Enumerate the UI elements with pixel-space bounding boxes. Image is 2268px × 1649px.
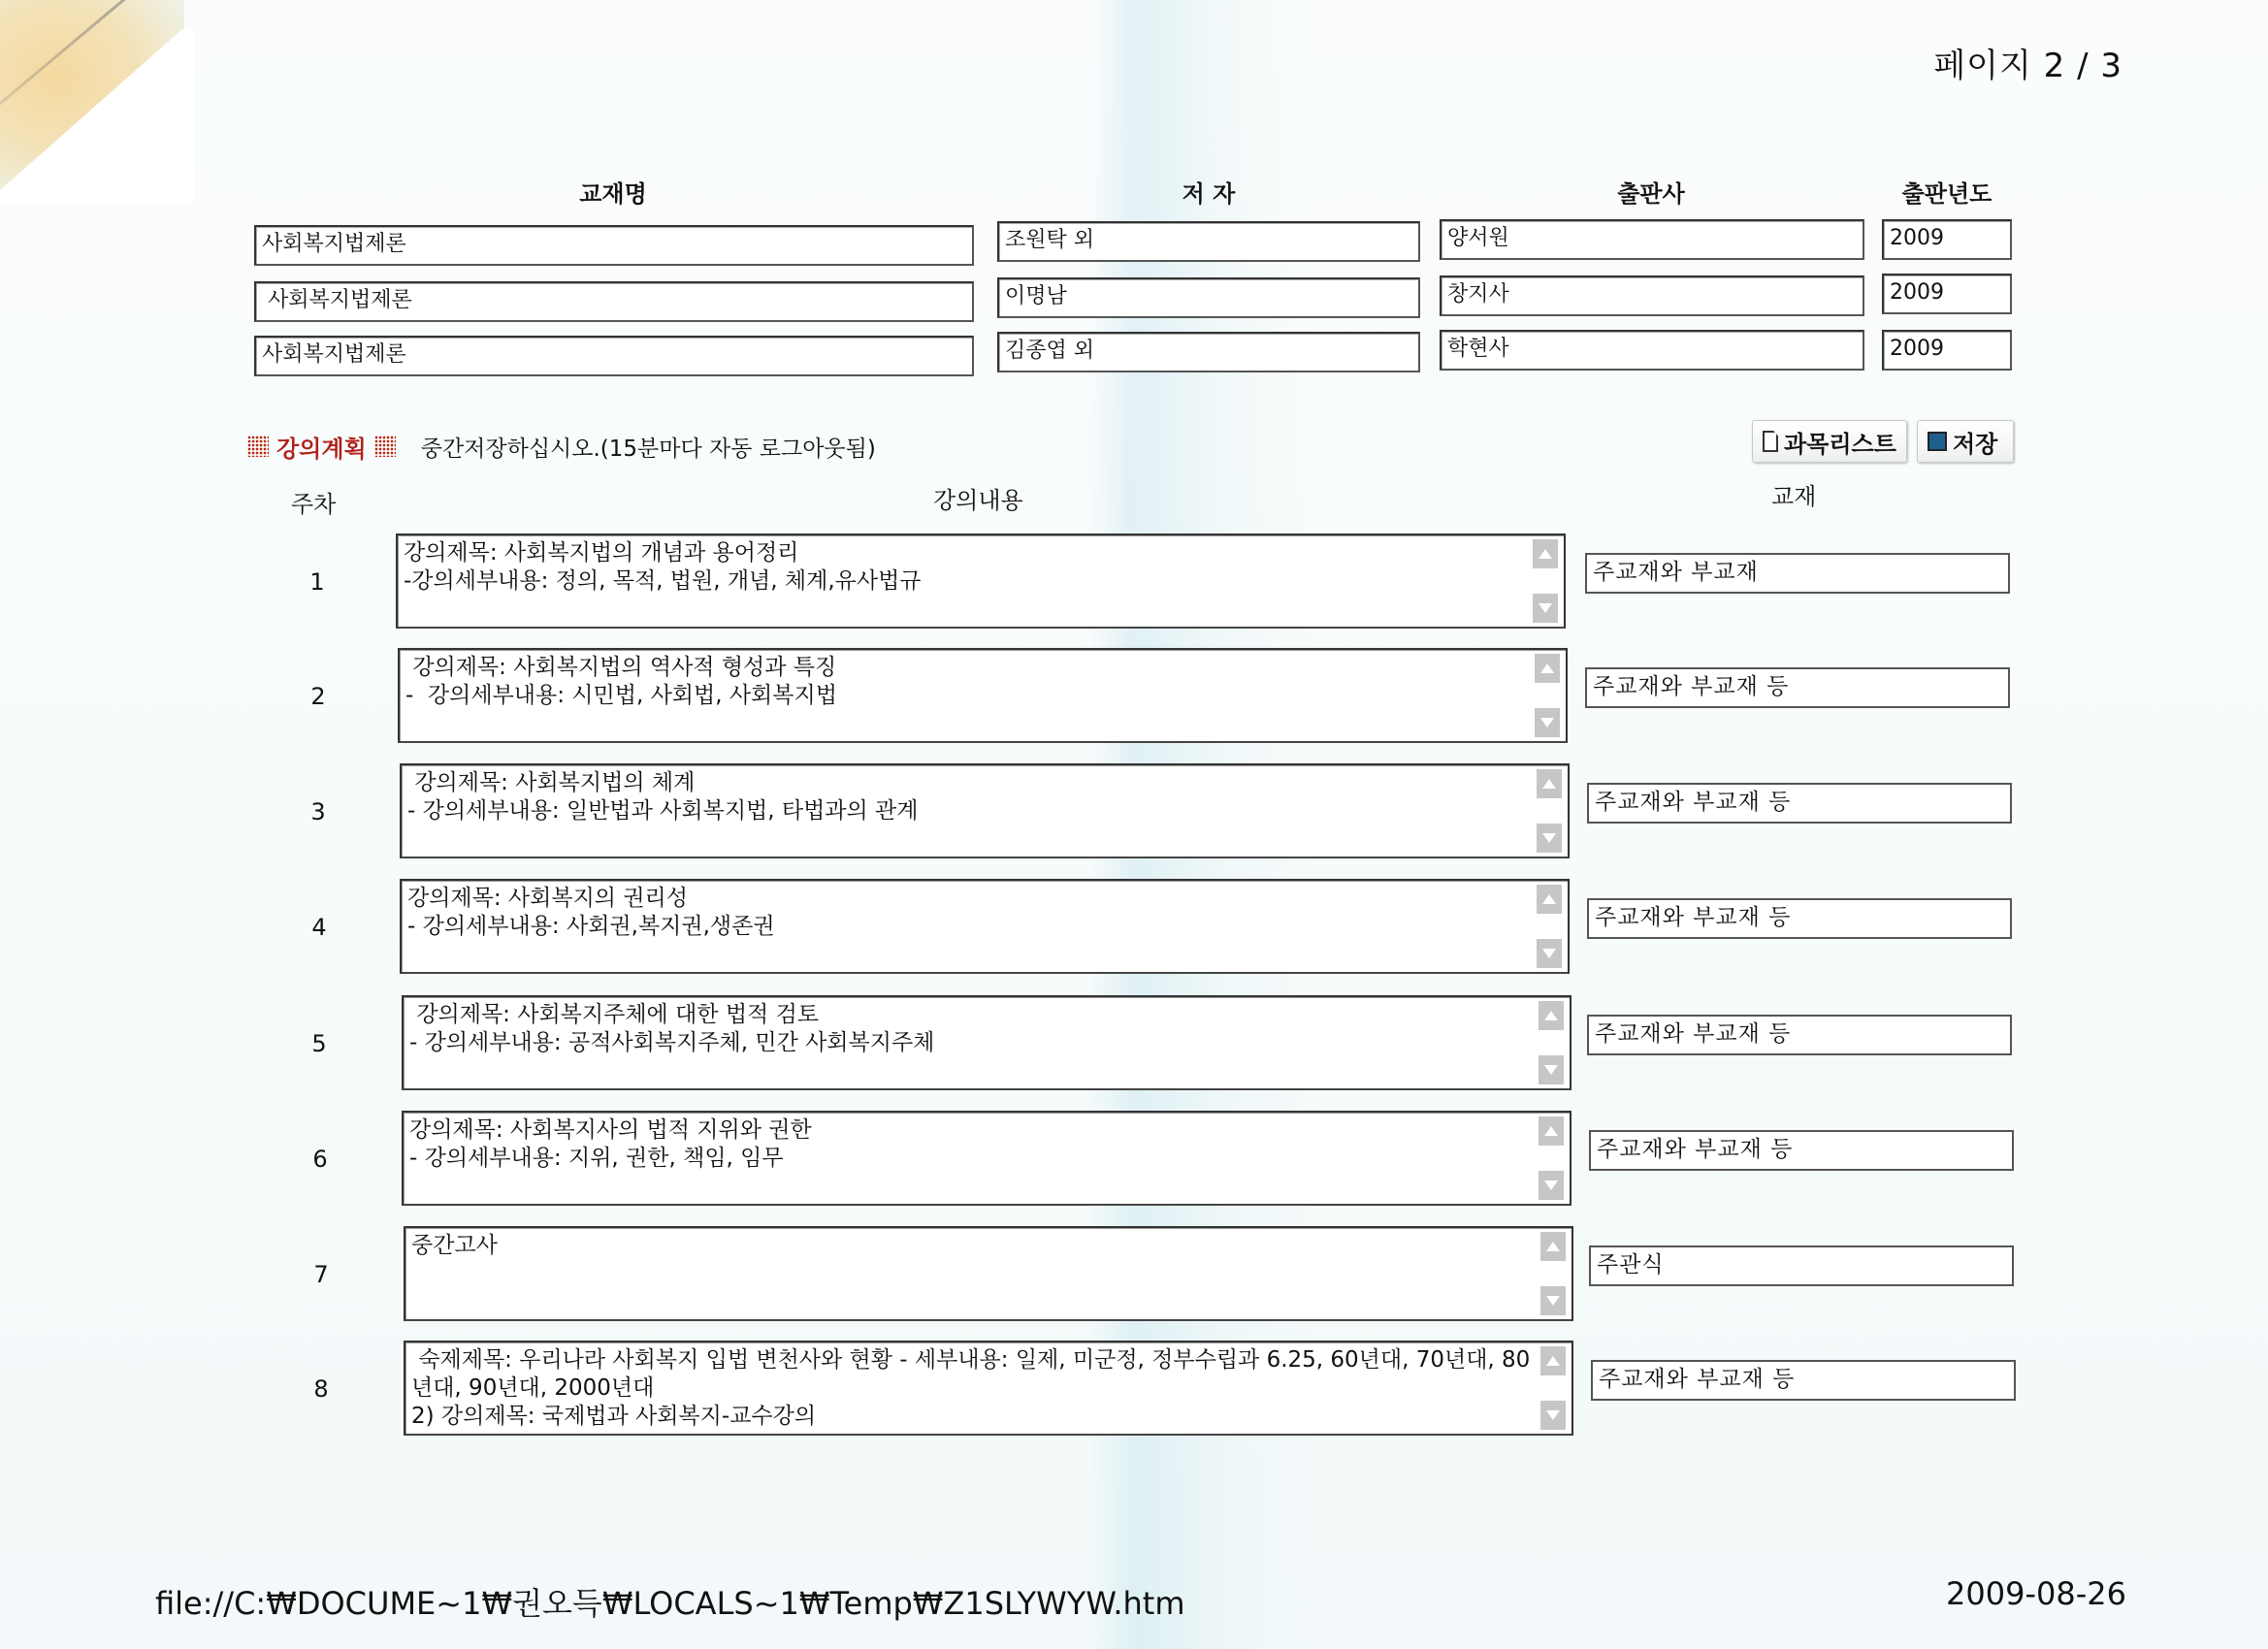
week-number: 8 <box>307 1375 336 1403</box>
lecture-content-textarea[interactable]: 강의제목: 사회복지법의 체계 - 강의세부내용: 일반법과 사회복지법, 타법… <box>400 763 1570 858</box>
week-textbook-field[interactable]: 주교재와 부교재 등 <box>1585 667 2010 708</box>
header-lecture-content: 강의내용 <box>933 481 1023 515</box>
author-field[interactable]: 이명남 <box>997 277 1420 318</box>
week-number: 6 <box>306 1146 335 1173</box>
scroll-up-arrow-icon[interactable] <box>1539 1116 1564 1146</box>
header-textbook-title: 교재명 <box>254 175 972 209</box>
scroll-down-arrow-icon[interactable] <box>1539 1171 1564 1200</box>
lecture-content-text: 강의제목: 사회복지의 권리성 - 강의세부내용: 사회권,복지권,생존권 <box>407 885 1529 970</box>
week-number: 3 <box>304 798 333 825</box>
year-field[interactable]: 2009 <box>1882 330 2012 371</box>
scroll-down-arrow-icon[interactable] <box>1537 939 1562 968</box>
save-button[interactable]: 저장 <box>1917 420 2014 463</box>
lecture-content-text: 강의제목: 사회복지법의 역사적 형성과 특징 - 강의세부내용: 시민법, 사… <box>405 654 1527 739</box>
week-textbook-field[interactable]: 주관식 <box>1589 1245 2014 1286</box>
save-icon <box>1928 432 1947 451</box>
week-number: 2 <box>304 683 333 710</box>
scroll-up-arrow-icon[interactable] <box>1537 885 1562 914</box>
week-textbook-field[interactable]: 주교재와 부교재 등 <box>1587 783 2012 824</box>
textbook-title-field[interactable]: 사회복지법제론 <box>254 281 974 322</box>
week-textbook-field[interactable]: 주교재와 부교재 등 <box>1587 898 2012 939</box>
lecture-content-textarea[interactable]: 강의제목: 사회복지주체에 대한 법적 검토 - 강의세부내용: 공적사회복지주… <box>402 995 1571 1090</box>
dotted-square-icon <box>247 436 269 457</box>
lecture-content-textarea[interactable]: 강의제목: 사회복지법의 역사적 형성과 특징 - 강의세부내용: 시민법, 사… <box>398 648 1568 743</box>
lecture-content-textarea[interactable]: 중간고사 <box>404 1226 1573 1321</box>
week-textbook-field[interactable]: 주교재와 부교재 <box>1585 553 2010 594</box>
scroll-down-arrow-icon[interactable] <box>1540 1401 1566 1430</box>
lecture-content-text: 강의제목: 사회복지법의 체계 - 강의세부내용: 일반법과 사회복지법, 타법… <box>407 769 1529 855</box>
week-textbook-field[interactable]: 주교재와 부교재 등 <box>1591 1360 2016 1401</box>
scroll-down-arrow-icon[interactable] <box>1540 1286 1566 1315</box>
save-label: 저장 <box>1953 425 1997 459</box>
week-number: 5 <box>305 1030 334 1057</box>
lecture-content-text: 강의제목: 사회복지사의 법적 지위와 권한 - 강의세부내용: 지위, 권한,… <box>409 1116 1531 1202</box>
lecture-content-text: 강의제목: 사회복지주체에 대한 법적 검토 - 강의세부내용: 공적사회복지주… <box>409 1001 1531 1086</box>
file-path: file://C:₩DOCUME~1₩권오득₩LOCALS~1₩Temp₩Z1S… <box>155 1579 1185 1624</box>
author-field[interactable]: 조원탁 외 <box>997 221 1420 262</box>
scroll-up-arrow-icon[interactable] <box>1535 654 1560 683</box>
publisher-field[interactable]: 창지사 <box>1440 275 1864 316</box>
textbook-title-field[interactable]: 사회복지법제론 <box>254 225 974 266</box>
author-field[interactable]: 김종엽 외 <box>997 332 1420 372</box>
lecture-content-text: 중간고사 <box>411 1232 1533 1317</box>
header-publisher: 출판사 <box>1440 175 1863 209</box>
lecture-content-text: 숙제제목: 우리나라 사회복지 입법 변천사와 현황 - 세부내용: 일제, 미… <box>411 1346 1533 1432</box>
section-title: 강의계획 <box>276 430 367 464</box>
scroll-up-arrow-icon[interactable] <box>1540 1346 1566 1375</box>
print-date: 2009-08-26 <box>1946 1575 2126 1612</box>
course-list-label: 과목리스트 <box>1784 425 1896 459</box>
scroll-down-arrow-icon[interactable] <box>1539 1055 1564 1084</box>
autosave-notice: 중간저장하십시오.(15분마다 자동 로그아웃됨) <box>421 431 876 463</box>
week-textbook-field[interactable]: 주교재와 부교재 등 <box>1589 1130 2014 1171</box>
lecture-content-textarea[interactable]: 강의제목: 사회복지법의 개념과 용어정리 -강의세부내용: 정의, 목적, 법… <box>396 533 1566 629</box>
scroll-down-arrow-icon[interactable] <box>1535 708 1560 737</box>
week-number: 7 <box>307 1261 336 1288</box>
course-list-button[interactable]: 과목리스트 <box>1752 420 1907 463</box>
week-textbook-field[interactable]: 주교재와 부교재 등 <box>1587 1015 2012 1055</box>
publisher-field[interactable]: 양서원 <box>1440 219 1864 260</box>
lecture-content-textarea[interactable]: 숙제제목: 우리나라 사회복지 입법 변천사와 현황 - 세부내용: 일제, 미… <box>404 1341 1573 1436</box>
page-indicator: 페이지 2 / 3 <box>1933 39 2122 86</box>
lecture-plan-heading: 강의계획 중간저장하십시오.(15분마다 자동 로그아웃됨) <box>247 427 876 466</box>
header-week: 주차 <box>291 485 336 519</box>
header-author: 저 자 <box>997 175 1420 209</box>
dotted-square-icon <box>374 436 396 457</box>
header-textbook: 교재 <box>1771 477 1816 511</box>
scroll-up-arrow-icon[interactable] <box>1533 539 1558 568</box>
year-field[interactable]: 2009 <box>1882 274 2012 314</box>
lecture-content-textarea[interactable]: 강의제목: 사회복지의 권리성 - 강의세부내용: 사회권,복지권,생존권 <box>400 879 1570 974</box>
textbook-title-field[interactable]: 사회복지법제론 <box>254 336 974 376</box>
header-year: 출판년도 <box>1882 175 2012 209</box>
lecture-content-text: 강의제목: 사회복지법의 개념과 용어정리 -강의세부내용: 정의, 목적, 법… <box>404 539 1525 625</box>
year-field[interactable]: 2009 <box>1882 219 2012 260</box>
scroll-down-arrow-icon[interactable] <box>1537 824 1562 853</box>
scroll-up-arrow-icon[interactable] <box>1540 1232 1566 1261</box>
week-number: 4 <box>305 914 334 941</box>
week-number: 1 <box>303 568 332 596</box>
document-icon <box>1763 431 1778 452</box>
publisher-field[interactable]: 학현사 <box>1440 330 1864 371</box>
scroll-up-arrow-icon[interactable] <box>1537 769 1562 798</box>
lecture-content-textarea[interactable]: 강의제목: 사회복지사의 법적 지위와 권한 - 강의세부내용: 지위, 권한,… <box>402 1111 1571 1206</box>
scroll-down-arrow-icon[interactable] <box>1533 594 1558 623</box>
scroll-up-arrow-icon[interactable] <box>1539 1001 1564 1030</box>
